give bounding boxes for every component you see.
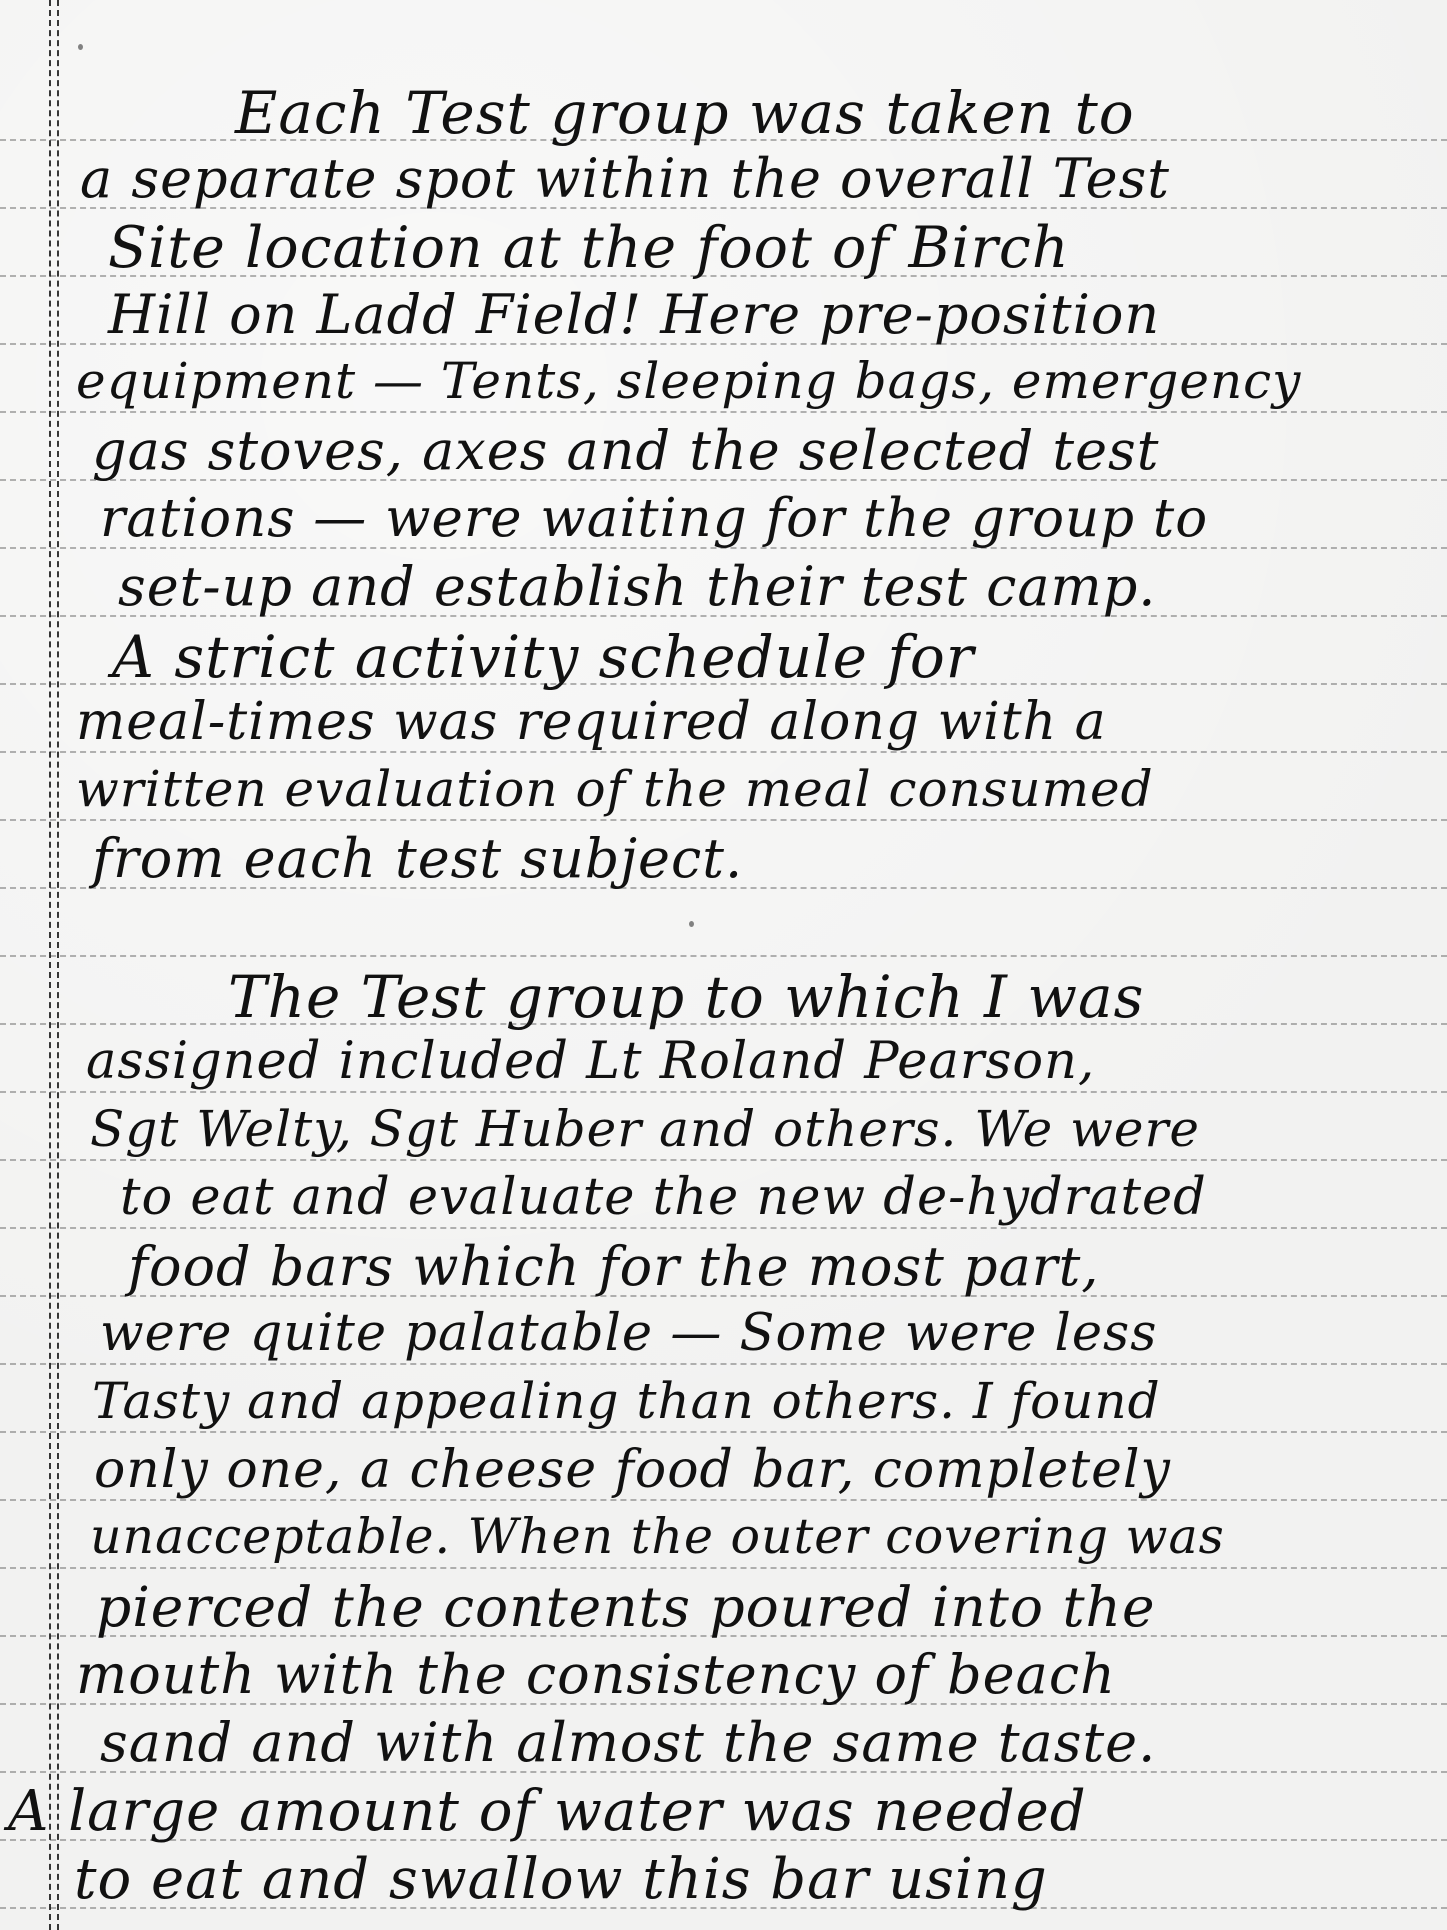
ruled-line: [0, 1363, 1447, 1365]
paper-speck: [689, 921, 694, 927]
handwritten-line: pierced the contents poured into the: [96, 1580, 1156, 1635]
handwritten-line: meal-times was required along with a: [76, 696, 1107, 748]
margin-line-right: [57, 0, 59, 1930]
handwritten-line: only one, a cheese food bar, completely: [94, 1444, 1171, 1496]
handwritten-line: equipment — Tents, sleeping bags, emerge…: [76, 356, 1301, 406]
ruled-line: [0, 955, 1447, 957]
handwritten-line: A large amount of water was needed: [8, 1784, 1087, 1840]
handwritten-line: The Test group to which I was: [228, 968, 1144, 1026]
handwritten-line: rations — were waiting for the group to: [100, 492, 1208, 545]
handwritten-line: written evaluation of the meal consumed: [76, 764, 1154, 814]
handwritten-line: assigned included Lt Roland Pearson,: [86, 1036, 1095, 1087]
handwritten-line: mouth with the consistency of beach: [76, 1648, 1116, 1702]
ruled-line: [0, 1227, 1447, 1229]
ruled-line: [0, 819, 1447, 821]
handwritten-line: from each test subject.: [92, 832, 743, 886]
ruled-line: [0, 1091, 1447, 1093]
handwritten-line: to eat and swallow this bar using: [74, 1852, 1048, 1908]
ruled-line: [0, 411, 1447, 413]
margin-line-left: [49, 0, 51, 1930]
handwritten-line: Hill on Ladd Field! Here pre-position: [108, 288, 1160, 342]
handwritten-line: unacceptable. When the outer covering wa…: [90, 1512, 1225, 1561]
handwritten-line: Sgt Welty, Sgt Huber and others. We were: [90, 1104, 1200, 1154]
ruled-line: [0, 1159, 1447, 1161]
paper-speck: [78, 44, 83, 50]
ruled-line: [0, 1567, 1447, 1569]
handwritten-line: Tasty and appealing than others. I found: [92, 1376, 1161, 1426]
handwritten-line: set-up and establish their test camp.: [118, 560, 1156, 614]
handwritten-line: to eat and evaluate the new de-hydrated: [120, 1172, 1207, 1223]
handwritten-line: Each Test group was taken to: [235, 84, 1135, 142]
handwritten-line: a separate spot within the overall Test: [80, 152, 1170, 206]
handwritten-line: gas stoves, axes and the selected test: [92, 424, 1159, 478]
handwritten-line: food bars which for the most part,: [128, 1240, 1099, 1294]
handwritten-line: were quite palatable — Some were less: [100, 1308, 1157, 1359]
notebook-page: Each Test group was taken to a separate …: [0, 0, 1447, 1930]
handwritten-line: sand and with almost the same taste.: [100, 1716, 1156, 1770]
handwritten-line: A strict activity schedule for: [112, 628, 974, 686]
ruled-line: [0, 1431, 1447, 1433]
handwritten-line: Site location at the foot of Birch: [108, 220, 1070, 277]
